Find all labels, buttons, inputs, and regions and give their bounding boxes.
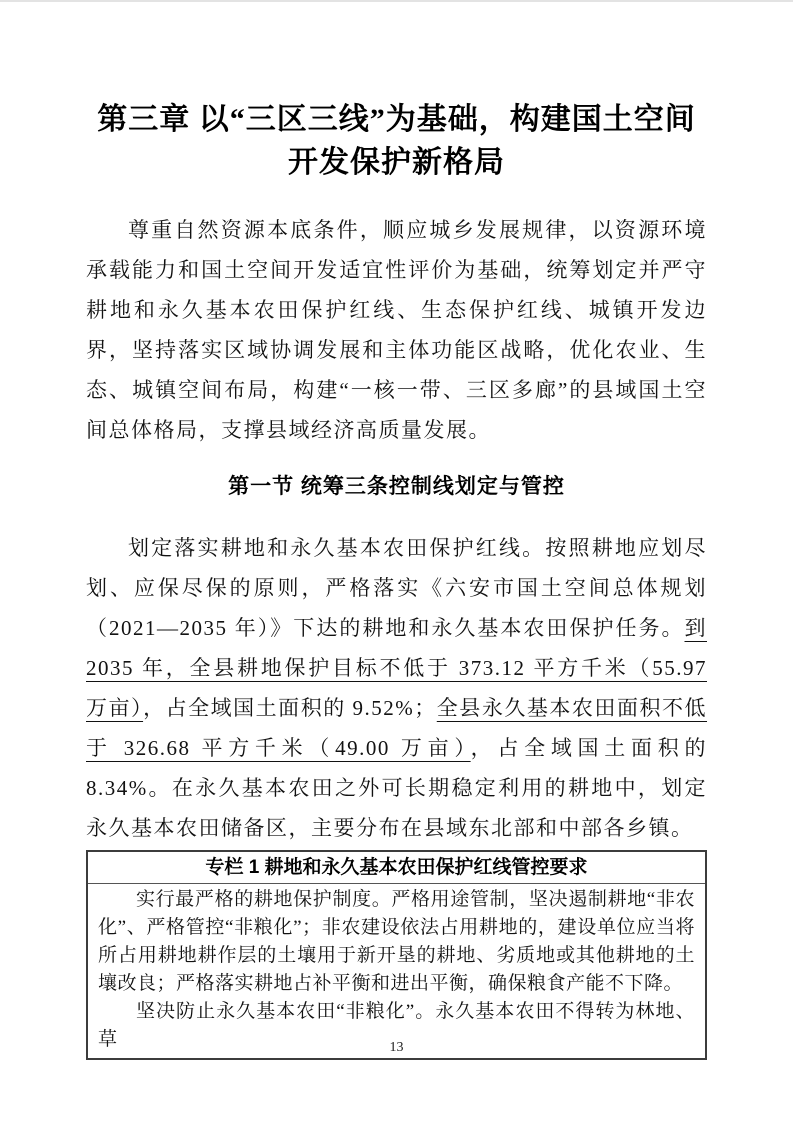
chapter-title-line2: 开发保护新格局	[288, 146, 505, 179]
column-box-paragraph: 实行最严格的耕地保护制度。严格用途管制，坚决遏制耕地“非农化”、严格管控“非粮化…	[98, 886, 695, 998]
section-paragraph: 划定落实耕地和永久基本农田保护红线。按照耕地应划尽划、应保尽保的原则，严格落实《…	[86, 528, 707, 848]
column-box-body: 实行最严格的耕地保护制度。严格用途管制，坚决遏制耕地“非农化”、严格管控“非粮化…	[88, 884, 705, 1058]
intro-paragraph: 尊重自然资源本底条件，顺应城乡发展规律，以资源环境承载能力和国土空间开发适宜性评…	[86, 210, 707, 450]
document-page: 第三章 以“三区三线”为基础，构建国土空间开发保护新格局 尊重自然资源本底条件，…	[0, 0, 793, 1122]
chapter-title: 第三章 以“三区三线”为基础，构建国土空间开发保护新格局	[86, 2, 707, 184]
plain-text: 划定落实耕地和永久基本农田保护红线。按照耕地应划尽划、应保尽保的原则，严格落实《…	[86, 536, 707, 640]
chapter-title-line1: 第三章 以“三区三线”为基础，构建国土空间	[97, 103, 696, 136]
column-box-title: 专栏 1 耕地和永久基本农田保护红线管控要求	[88, 852, 705, 884]
page-content: 第三章 以“三区三线”为基础，构建国土空间开发保护新格局 尊重自然资源本底条件，…	[86, 2, 707, 1060]
page-number: 13	[0, 1040, 793, 1056]
section-title: 第一节 统筹三条控制线划定与管控	[86, 472, 707, 502]
column-box: 专栏 1 耕地和永久基本农田保护红线管控要求 实行最严格的耕地保护制度。严格用途…	[86, 850, 707, 1060]
plain-text: ，占全域国土面积的 9.52%；	[143, 696, 437, 720]
